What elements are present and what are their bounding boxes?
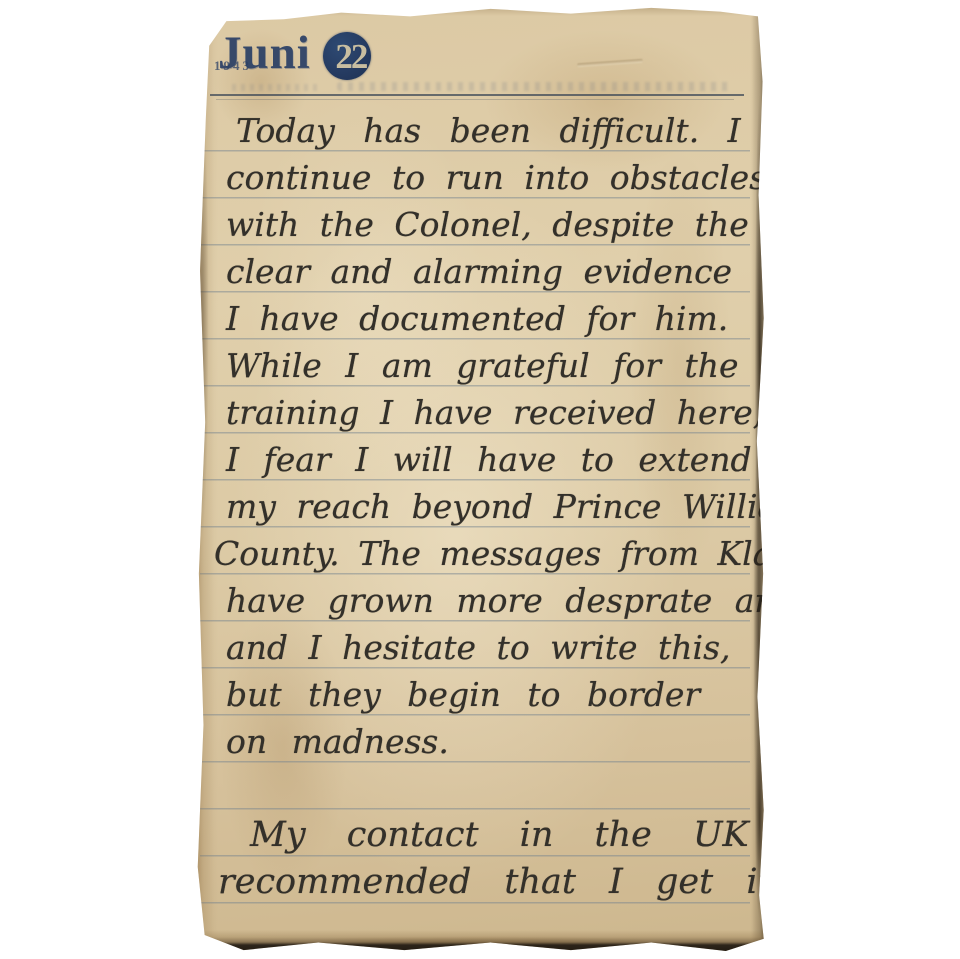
year-label: 1943	[214, 58, 252, 74]
entry-text: Today has been difficult. Icontinue to r…	[226, 108, 762, 907]
handwritten-line: my reach beyond Prince William	[226, 484, 762, 531]
page-bottom-edge	[192, 930, 766, 952]
handwritten-line: continue to run into obstacles	[226, 155, 762, 202]
day-number: 22	[327, 35, 375, 79]
handwritten-line: on madness.	[226, 719, 762, 766]
handwritten-line: clear and alarming evidence	[226, 249, 762, 296]
handwritten-line: recommended that I get in	[218, 860, 762, 907]
handwritten-line: My contact in the UK	[226, 813, 762, 860]
handwritten-line: training I have received here,	[226, 390, 762, 437]
handwritten-line: and I hesitate to write this,	[226, 625, 762, 672]
journal-page: Juni 22 1943 Today has been difficult. I…	[192, 6, 766, 952]
handwritten-line: I fear I will have to extend	[226, 437, 762, 484]
handwritten-line: County. The messages from Klaus	[214, 531, 762, 578]
handwritten-line: I have documented for him.	[226, 296, 762, 343]
handwritten-line: but they begin to border	[226, 672, 762, 719]
handwritten-line: Today has been difficult. I	[226, 108, 762, 155]
handwritten-line: While I am grateful for the	[226, 343, 762, 390]
ink-bleed-through	[337, 82, 732, 91]
day-badge: 22	[323, 32, 371, 80]
ink-bleed-through-left	[232, 84, 322, 91]
header-rule	[210, 94, 744, 102]
handwritten-line: with the Colonel, despite the	[226, 202, 762, 249]
screenshot-canvas: Juni 22 1943 Today has been difficult. I…	[0, 0, 960, 959]
paper-crease	[577, 59, 643, 68]
handwritten-line	[226, 766, 762, 813]
handwritten-line: have grown more desprate and...	[226, 578, 762, 625]
